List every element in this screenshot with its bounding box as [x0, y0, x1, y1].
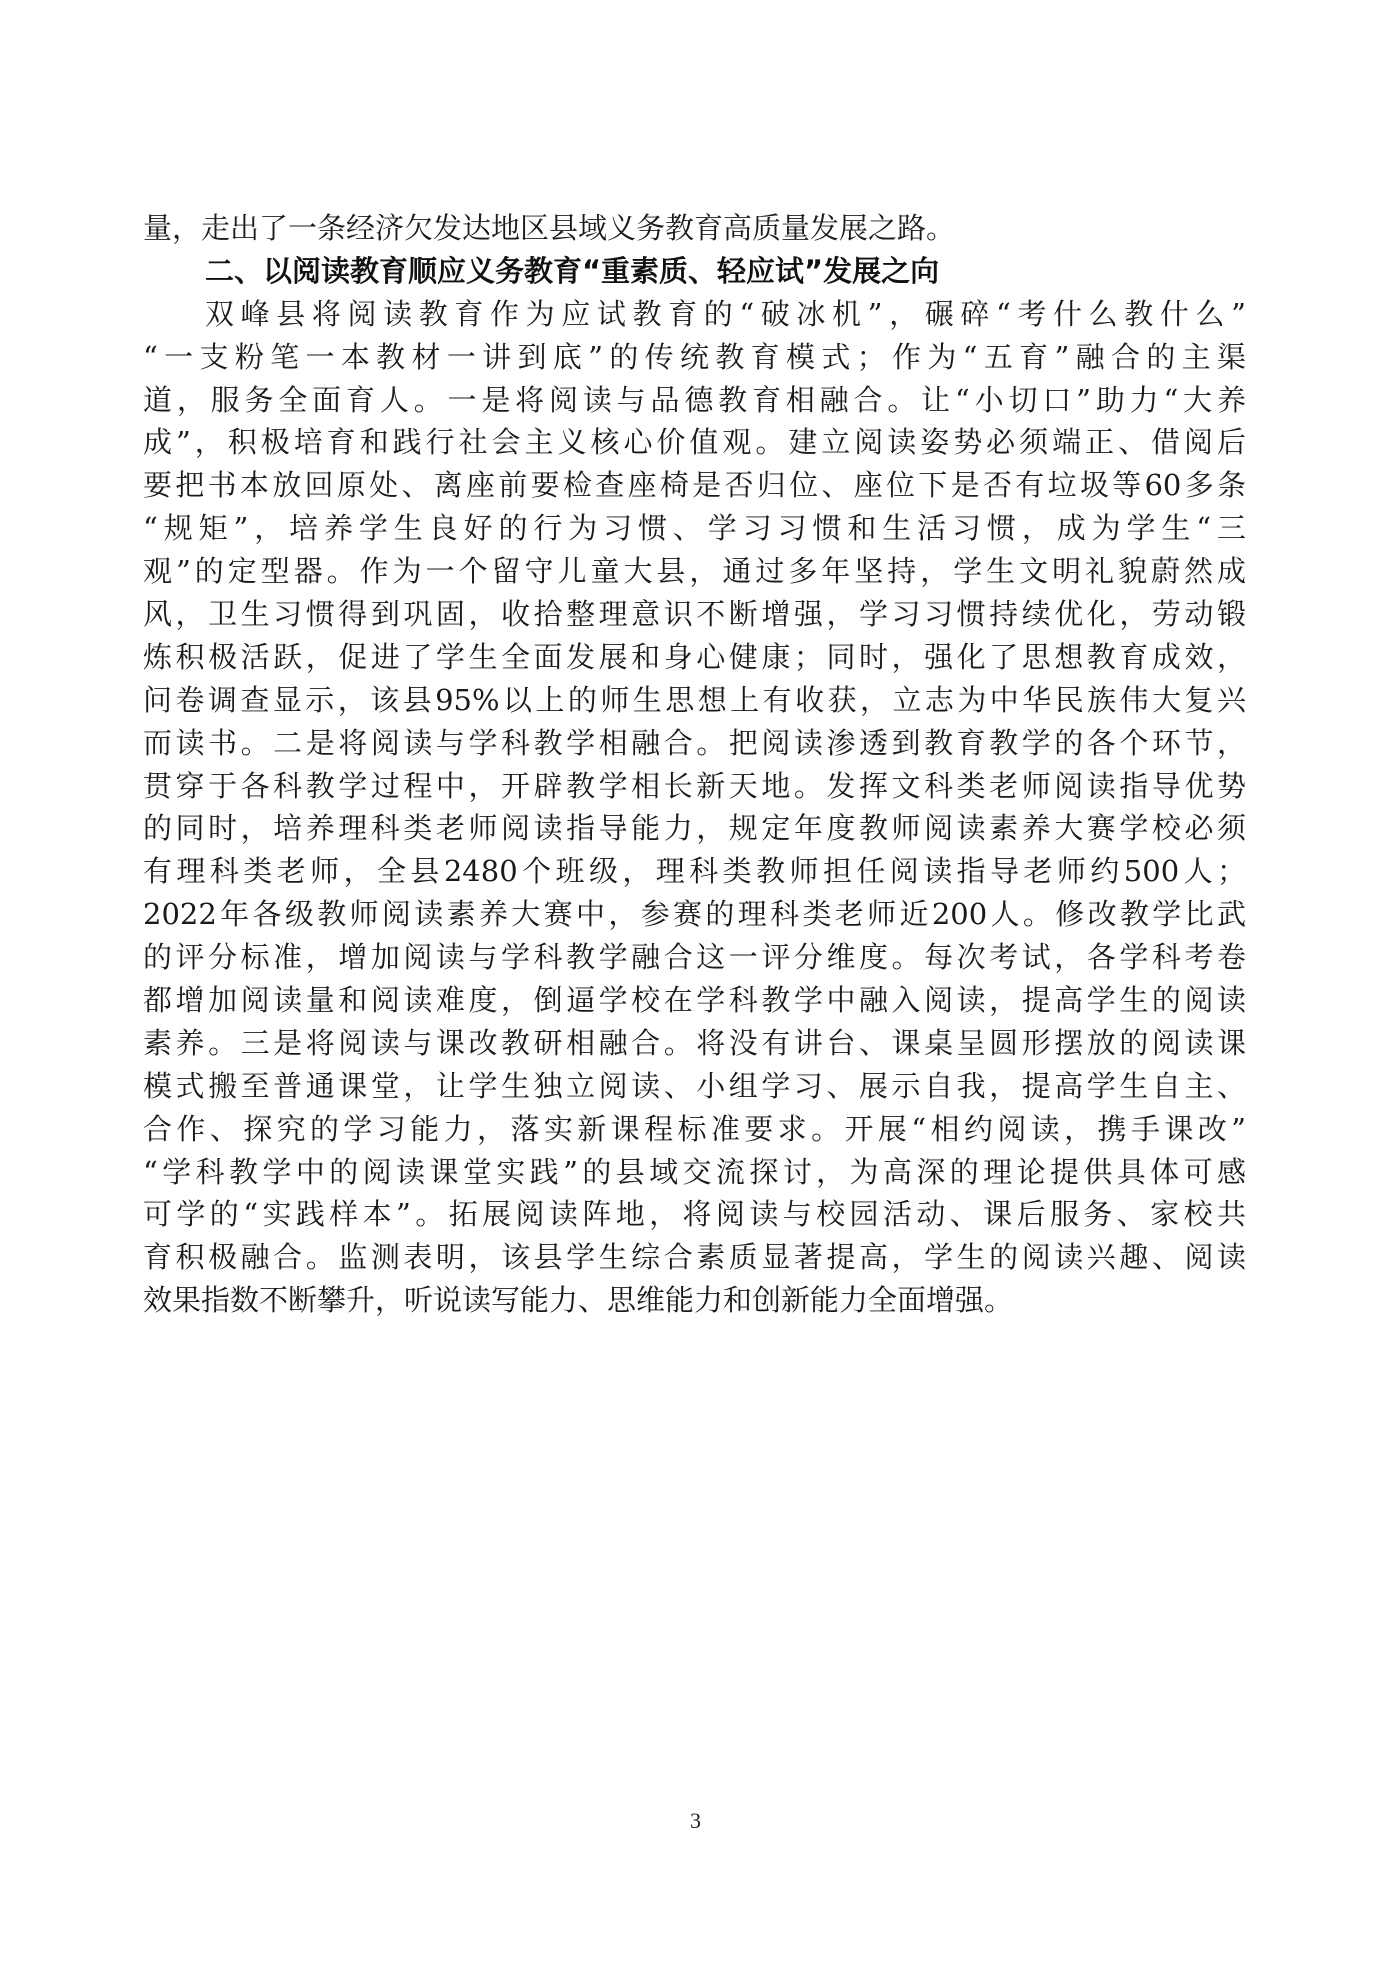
paragraph-line: 效果指数不断攀升，听说读写能力、思维能力和创新能力全面增强。 — [143, 1279, 1246, 1322]
paragraph-line: 模式搬至普通课堂，让学生独立阅读、小组学习、展示自我，提高学生自主、 — [143, 1065, 1246, 1108]
paragraph-line: “学科教学中的阅读课堂实践”的县域交流探讨，为高深的理论提供具体可感 — [143, 1151, 1246, 1194]
paragraph-line: “规矩”，培养学生良好的行为习惯、学习习惯和生活习惯，成为学生“三 — [143, 507, 1246, 550]
paragraph-line: 可学的“实践样本”。拓展阅读阵地，将阅读与校园活动、课后服务、家校共 — [143, 1193, 1246, 1236]
paragraph-line: 要把书本放回原处、离座前要检查座椅是否归位、座位下是否有垃圾等60多条 — [143, 464, 1246, 507]
paragraph-line: 的同时，培养理科类老师阅读指导能力，规定年度教师阅读素养大赛学校必须 — [143, 807, 1246, 850]
paragraph-line: 都增加阅读量和阅读难度，倒逼学校在学科教学中融入阅读，提高学生的阅读 — [143, 979, 1246, 1022]
paragraph-line: 双峰县将阅读教育作为应试教育的“破冰机”，碾碎“考什么教什么” — [143, 293, 1246, 336]
paragraph-line: 道，服务全面育人。一是将阅读与品德教育相融合。让“小切口”助力“大养 — [143, 379, 1246, 422]
paragraph-line: 问卷调查显示，该县95%以上的师生思想上有收获，立志为中华民族伟大复兴 — [143, 679, 1246, 722]
paragraph-line: 素养。三是将阅读与课改教研相融合。将没有讲台、课桌呈圆形摆放的阅读课 — [143, 1022, 1246, 1065]
paragraph-line: 量，走出了一条经济欠发达地区县域义务教育高质量发展之路。 — [143, 207, 1246, 250]
page-number: 3 — [0, 1808, 1391, 1834]
paragraph-line: 而读书。二是将阅读与学科教学相融合。把阅读渗透到教育教学的各个环节， — [143, 722, 1246, 765]
section-heading: 二、以阅读教育顺应义务教育“重素质、轻应试”发展之向 — [143, 250, 1246, 293]
paragraph-line: “一支粉笔一本教材一讲到底”的传统教育模式；作为“五育”融合的主渠 — [143, 336, 1246, 379]
paragraph-line: 风，卫生习惯得到巩固，收拾整理意识不断增强，学习习惯持续优化，劳动锻 — [143, 593, 1246, 636]
paragraph-line: 成”，积极培育和践行社会主义核心价值观。建立阅读姿势必须端正、借阅后 — [143, 421, 1246, 464]
document-page: 量，走出了一条经济欠发达地区县域义务教育高质量发展之路。 二、以阅读教育顺应义务… — [143, 207, 1246, 1322]
paragraph-line: 炼积极活跃，促进了学生全面发展和身心健康；同时，强化了思想教育成效， — [143, 636, 1246, 679]
paragraph-line: 观”的定型器。作为一个留守儿童大县，通过多年坚持，学生文明礼貌蔚然成 — [143, 550, 1246, 593]
paragraph-line: 育积极融合。监测表明，该县学生综合素质显著提高，学生的阅读兴趣、阅读 — [143, 1236, 1246, 1279]
paragraph-line: 2022年各级教师阅读素养大赛中，参赛的理科类老师近200人。修改教学比武 — [143, 893, 1246, 936]
paragraph-line: 有理科类老师，全县2480个班级，理科类教师担任阅读指导老师约500人； — [143, 850, 1246, 893]
paragraph-line: 贯穿于各科教学过程中，开辟教学相长新天地。发挥文科类老师阅读指导优势 — [143, 765, 1246, 808]
paragraph-line: 合作、探究的学习能力，落实新课程标准要求。开展“相约阅读，携手课改” — [143, 1108, 1246, 1151]
paragraph-line: 的评分标准，增加阅读与学科教学融合这一评分维度。每次考试，各学科考卷 — [143, 936, 1246, 979]
